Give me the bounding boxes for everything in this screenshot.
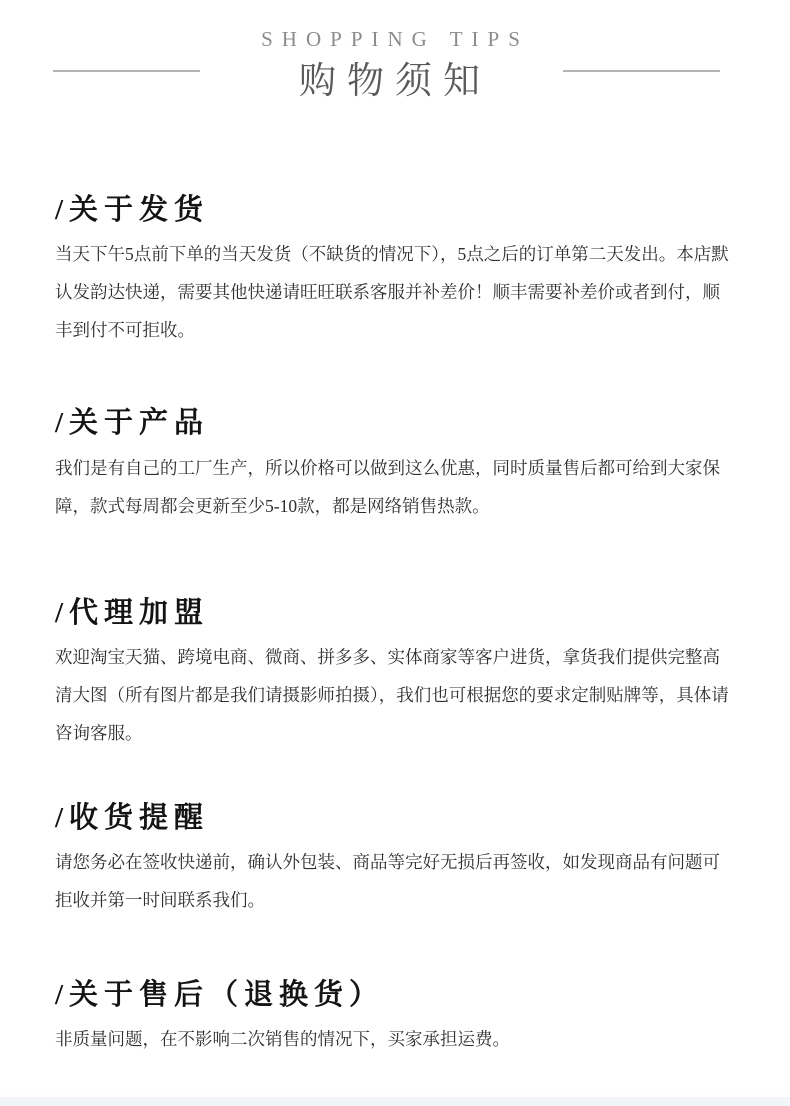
header-divider-right — [563, 70, 720, 72]
page-title: 购物须知 — [0, 58, 790, 106]
section-products: /关于产品 我们是有自己的工厂生产，所以价格可以做到这么优惠，同时质量售后都可给… — [55, 405, 735, 524]
bottom-strip — [0, 1097, 790, 1106]
header-divider-left — [53, 70, 200, 72]
section-agency-body: 欢迎淘宝天猫、跨境电商、微商、拼多多、实体商家等客户进货，拿货我们提供完整高清大… — [55, 638, 735, 752]
section-products-heading: /关于产品 — [55, 405, 735, 441]
section-receiving-heading: /收货提醒 — [55, 800, 735, 836]
section-shipping: /关于发货 当天下午5点前下单的当天发货（不缺货的情况下），5点之后的订单第二天… — [55, 192, 735, 349]
section-agency: /代理加盟 欢迎淘宝天猫、跨境电商、微商、拼多多、实体商家等客户进货，拿货我们提… — [55, 595, 735, 752]
section-receiving: /收货提醒 请您务必在签收快递前，确认外包装、商品等完好无损后再签收，如发现商品… — [55, 800, 735, 919]
section-agency-heading: /代理加盟 — [55, 595, 735, 631]
section-aftersales-body: 非质量问题，在不影响二次销售的情况下，买家承担运费。 — [55, 1020, 735, 1058]
section-receiving-body: 请您务必在签收快递前，确认外包装、商品等完好无损后再签收，如发现商品有问题可拒收… — [55, 843, 735, 919]
page-header: SHOPPING TIPS 购物须知 — [0, 0, 790, 106]
section-aftersales-heading: /关于售后（退换货） — [55, 977, 735, 1013]
shopping-tips-page: SHOPPING TIPS 购物须知 /关于发货 当天下午5点前下单的当天发货（… — [0, 0, 790, 1106]
content-area: /关于发货 当天下午5点前下单的当天发货（不缺货的情况下），5点之后的订单第二天… — [0, 192, 790, 1058]
section-shipping-body: 当天下午5点前下单的当天发货（不缺货的情况下），5点之后的订单第二天发出。本店默… — [55, 235, 735, 349]
header-eyebrow: SHOPPING TIPS — [0, 27, 790, 52]
section-aftersales: /关于售后（退换货） 非质量问题，在不影响二次销售的情况下，买家承担运费。 — [55, 977, 735, 1058]
section-shipping-heading: /关于发货 — [55, 192, 735, 228]
section-products-body: 我们是有自己的工厂生产，所以价格可以做到这么优惠，同时质量售后都可给到大家保障，… — [55, 449, 735, 525]
